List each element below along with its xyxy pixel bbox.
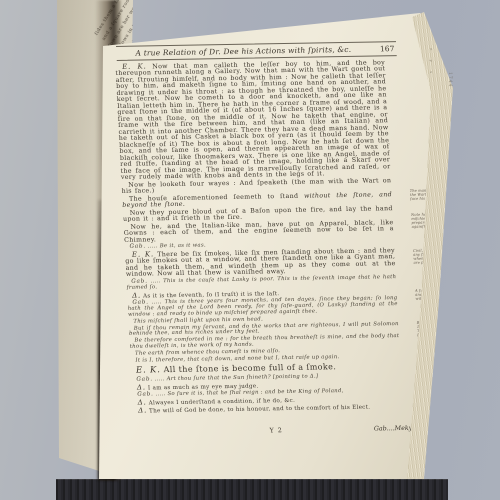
- edge-inscription: 1744: [447, 72, 452, 87]
- table-surface: [56, 479, 448, 500]
- fore-edge-letters: e y s: [429, 48, 434, 77]
- photo-of-open-book: ſides them a fair Houſe and a ſquare roo…: [0, 0, 500, 500]
